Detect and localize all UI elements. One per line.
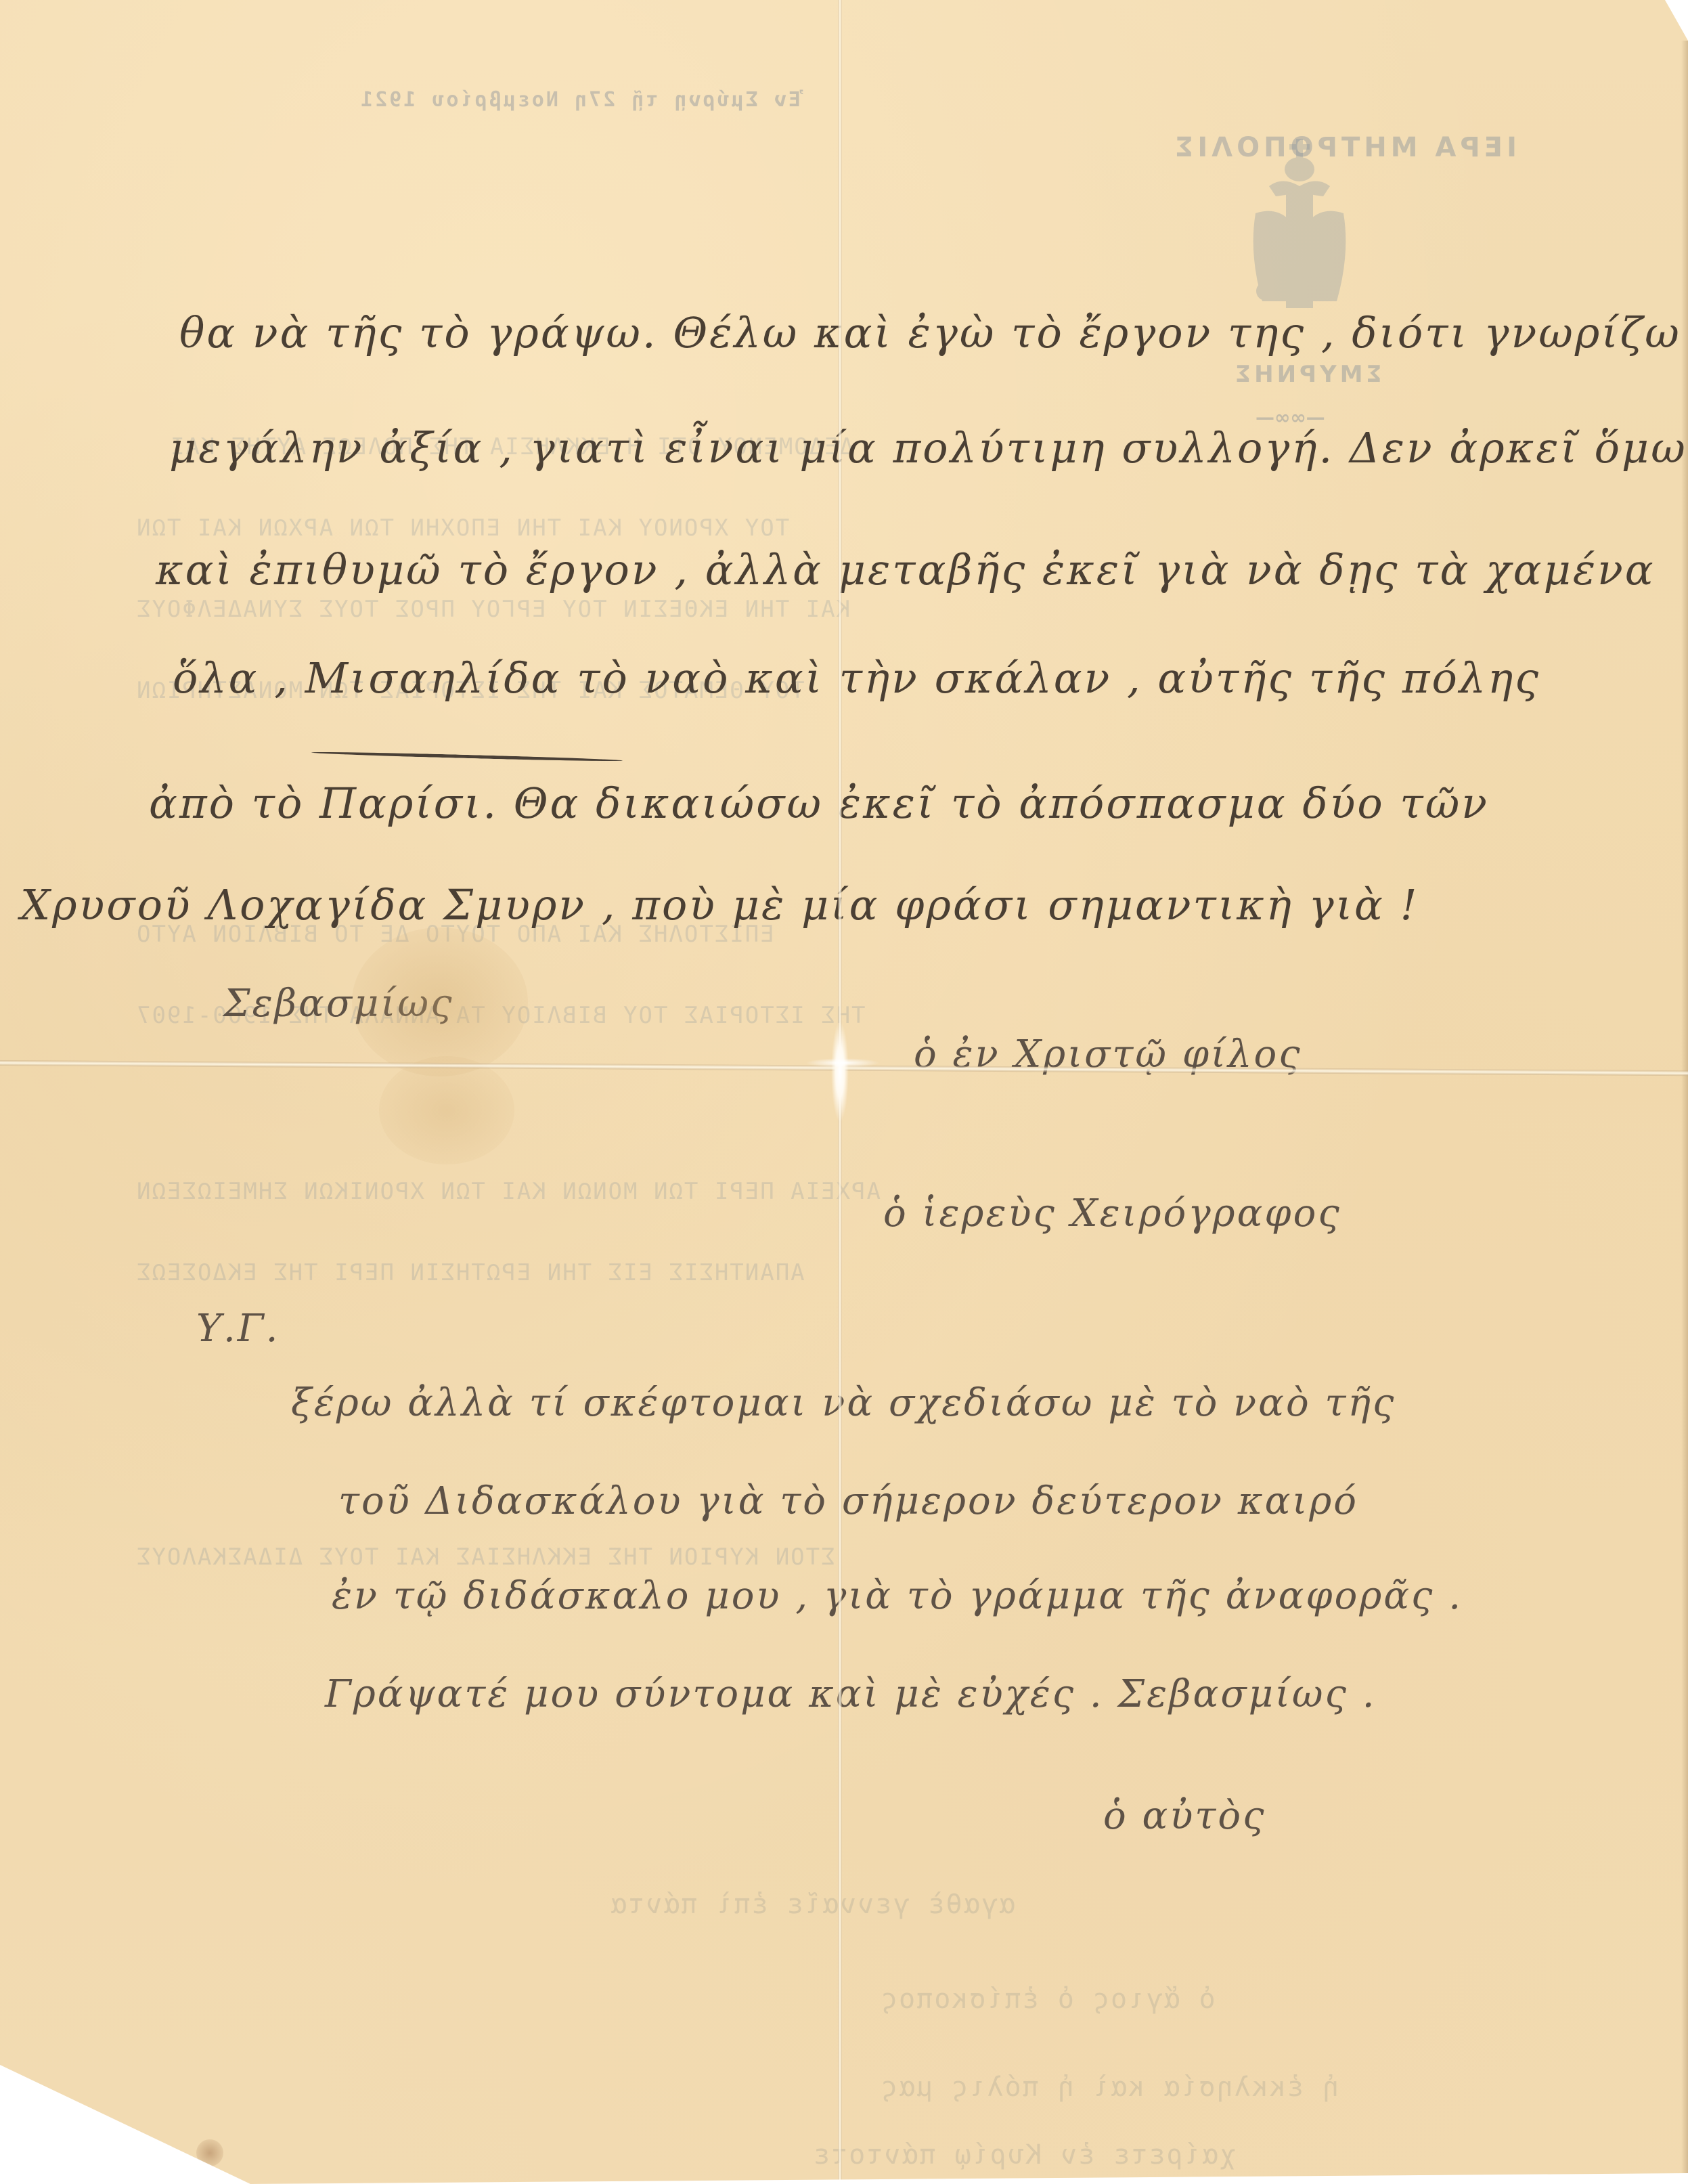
postscript-line-2: τοῦ Διδασκάλου γιὰ τὸ σήμερον δεύτερον κ… (338, 1479, 1358, 1523)
postscript-line-1: ξέρω ἀλλὰ τί σκέφτομαι νὰ σχεδιάσω μὲ τὸ… (291, 1381, 1396, 1425)
letter-line-1: θα νὰ τῆς τὸ γράψω. Θέλω καὶ ἐγὼ τὸ ἔργο… (179, 308, 1688, 357)
bleed-text-line: ΑΠΑΝΤΗΣΙΣ ΕΙΣ ΤΗΝ ΕΡΩΤΗΣΙΝ ΠΕΡΙ ΤΗΣ ΕΚΔΟ… (135, 1259, 805, 1286)
postscript-label: Υ.Γ. (196, 1307, 280, 1351)
postscript-line-3: ἐν τῷ διδάσκαλο μου , γιὰ τὸ γράμμα τῆς … (332, 1574, 1463, 1618)
bleed-text-line: ΚΑΙ ΤΗΝ ΕΚΘΕΣΙΝ ΤΟΥ ΕΡΓΟΥ ΠΡΟΣ ΤΟΥΣ ΣΥΝΑ… (135, 596, 850, 623)
stain (379, 1056, 514, 1164)
postscript-line-4: Γράψατέ μου σύντομα καὶ μὲ εὐχές . Σεβασ… (325, 1672, 1377, 1716)
letter-line-6: Χρυσοῦ Λοχαγίδα Σμυρν , ποὺ μὲ μία φράσι… (20, 880, 1419, 930)
bleed-text-line: ΣΤΟΝ ΚΥΡΙΟΝ ΤΗΣ ΕΚΚΛΗΣΙΑΣ ΚΑΙ ΤΟΥΣ ΔΙΔΑΣ… (135, 1544, 835, 1571)
stain (196, 2139, 223, 2166)
letter-line-4: ὅλα , Μισαηλίδα τὸ ναὸ καὶ τὴν σκάλαν , … (173, 653, 1540, 703)
paper-edge (1681, 41, 1688, 2173)
bleed-pencil-line: αγαθὲ γενναῖε ἐπὶ πάντα (609, 1889, 1015, 1920)
bleed-text-line: ΑΡΧΕΙΑ ΠΕΡΙ ΤΩΝ ΜΟΝΩΝ ΚΑΙ ΤΩΝ ΧΡΟΝΙΚΩΝ Σ… (135, 1178, 881, 1205)
letter-line-5: ἀπὸ τὸ Παρίσι. Θα δικαιώσω ἐκεῖ τὸ ἀπόσπ… (149, 779, 1489, 828)
double-headed-eagle-icon (1242, 139, 1357, 308)
bleed-pencil-line: ὁ ἅγιος ὁ ἐπίσκοπος (880, 1984, 1216, 2015)
fold-tear (831, 1021, 849, 1122)
signature: ὁ ἱερεὺς Χειρόγραφος (883, 1192, 1341, 1236)
letter-line-3: καὶ ἐπιθυμῶ τὸ ἔργον , ἀλλὰ μεταβῆς ἐκεῖ… (156, 545, 1656, 594)
bleed-text-line: ΤΟΥ ΧΡΟΝΟΥ ΚΑΙ ΤΗΝ ΕΠΟΧΗΝ ΤΩΝ ΑΡΧΩΝ ΚΑΙ … (135, 515, 789, 542)
postscript-signature: ὁ αὐτὸς (1103, 1794, 1266, 1838)
letter-line-2: μεγάλην ἀξία , γιατὶ εἶναι μία πολύτιμη … (169, 423, 1688, 473)
fold-tear (805, 1058, 880, 1068)
stain (352, 927, 528, 1076)
underline-mark (311, 751, 623, 762)
letterhead-date: Ἐν Σμύρνῃ τῇ 27η Νοεμβρίου 1921 (359, 88, 801, 112)
letterhead-city: ΣΜΥΡΝΗΣ (1232, 361, 1382, 388)
letter-sheet: ΙΕΡΑ ΜΗΤΡΟΠΟΛΙΣ ΣΜΥΡΝΗΣ —∞∞— Ἐν Σμύρνῃ τ… (0, 0, 1688, 2184)
bleed-pencil-line: ἡ ἐκκλησία καὶ ἡ πόλις μας (880, 2072, 1339, 2103)
bleed-pencil-line: χαίρετε ἐν Κυρίῳ πάντοτε (812, 2139, 1236, 2170)
